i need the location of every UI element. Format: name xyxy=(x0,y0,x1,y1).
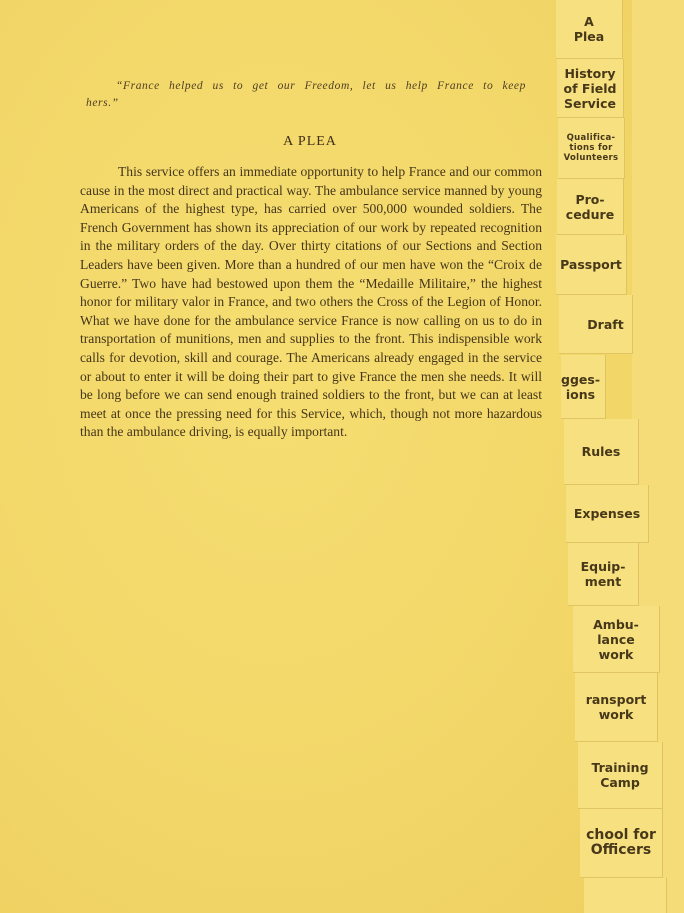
tab-procedure[interactable]: Pro- cedure xyxy=(557,179,624,235)
page-title: A PLEA xyxy=(80,134,540,150)
tab-passport[interactable]: Passport xyxy=(556,235,627,295)
tab-equipment[interactable]: Equip- ment xyxy=(568,543,639,606)
tab-draft[interactable]: Draft xyxy=(559,295,633,354)
tab-rules[interactable]: Rules xyxy=(564,419,639,485)
tab-a-plea[interactable]: A Plea xyxy=(556,0,623,59)
tab-next-section[interactable] xyxy=(584,878,667,913)
tab-training-camp[interactable]: Training Camp xyxy=(578,742,663,809)
epigraph: “France helped us to get our Freedom, le… xyxy=(86,78,526,112)
tab-history-of-field-service[interactable]: History of Field Service xyxy=(557,59,624,118)
tab-transport-work[interactable]: ransport work xyxy=(575,673,658,742)
tab-qualifications-for-volunteers[interactable]: Qualifica- tions for Volunteers xyxy=(558,118,625,179)
tab-expenses[interactable]: Expenses xyxy=(566,485,649,543)
body-paragraph: This service offers an immediate opportu… xyxy=(80,163,542,442)
tab-suggestions[interactable]: gges- ions xyxy=(561,355,606,419)
tab-ambulance-work[interactable]: Ambu- lance work xyxy=(573,606,660,673)
document-page: “France helped us to get our Freedom, le… xyxy=(0,0,684,913)
tab-school-for-officers[interactable]: chool for Officers xyxy=(580,809,663,878)
